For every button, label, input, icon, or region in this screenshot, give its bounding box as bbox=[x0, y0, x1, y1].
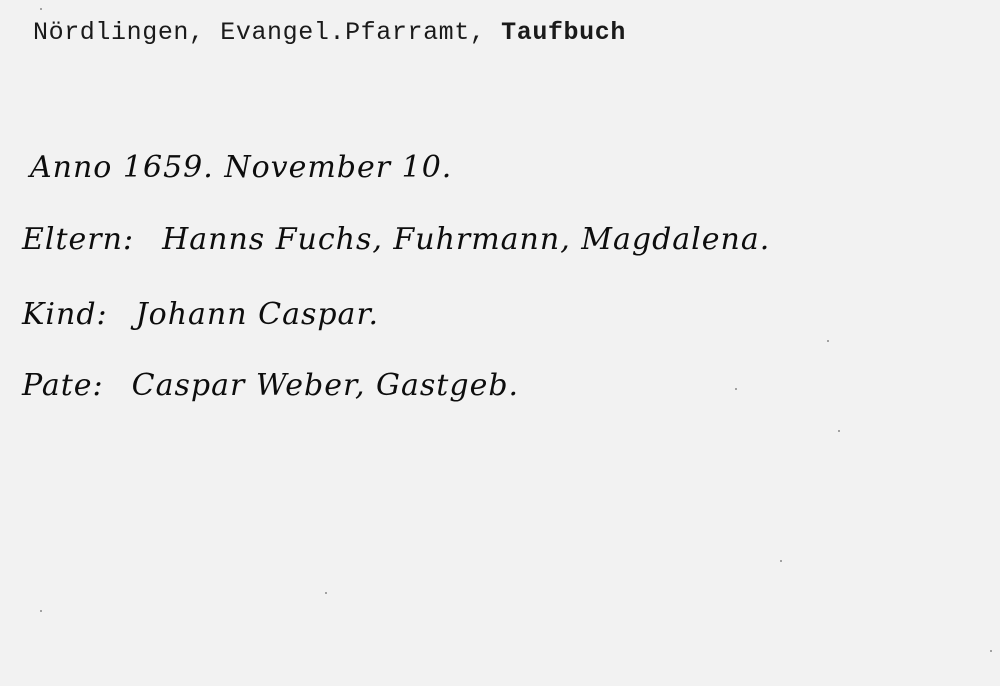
scan-speck bbox=[40, 610, 42, 612]
index-card: Nördlingen, Evangel.Pfarramt, Taufbuch A… bbox=[0, 0, 1000, 686]
entry-godparent: Pate:Caspar Weber, Gastgeb. bbox=[22, 368, 519, 403]
entry-child-value: Johann Caspar. bbox=[136, 297, 379, 332]
card-header: Nördlingen, Evangel.Pfarramt, Taufbuch bbox=[33, 18, 626, 47]
entry-godparent-value: Caspar Weber, Gastgeb. bbox=[132, 368, 519, 403]
header-place: Nördlingen, bbox=[33, 18, 205, 47]
scan-speck bbox=[40, 8, 42, 10]
scan-speck bbox=[827, 340, 829, 342]
scan-speck bbox=[780, 560, 782, 562]
entry-date-text: Anno 1659. November 10. bbox=[30, 150, 452, 185]
entry-parents-value: Hanns Fuchs, Fuhrmann, Magdalena. bbox=[162, 222, 770, 257]
scan-speck bbox=[990, 650, 992, 652]
entry-parents-label: Eltern: bbox=[22, 222, 134, 257]
entry-child: Kind:Johann Caspar. bbox=[22, 297, 379, 332]
scan-speck bbox=[838, 430, 840, 432]
entry-parents: Eltern:Hanns Fuchs, Fuhrmann, Magdalena. bbox=[22, 222, 770, 257]
header-institution: Evangel.Pfarramt, bbox=[220, 18, 485, 47]
scan-speck bbox=[735, 388, 737, 390]
entry-child-label: Kind: bbox=[22, 297, 108, 332]
header-register: Taufbuch bbox=[501, 18, 626, 47]
scan-speck bbox=[325, 592, 327, 594]
entry-date: Anno 1659. November 10. bbox=[30, 150, 452, 185]
entry-godparent-label: Pate: bbox=[22, 368, 104, 403]
